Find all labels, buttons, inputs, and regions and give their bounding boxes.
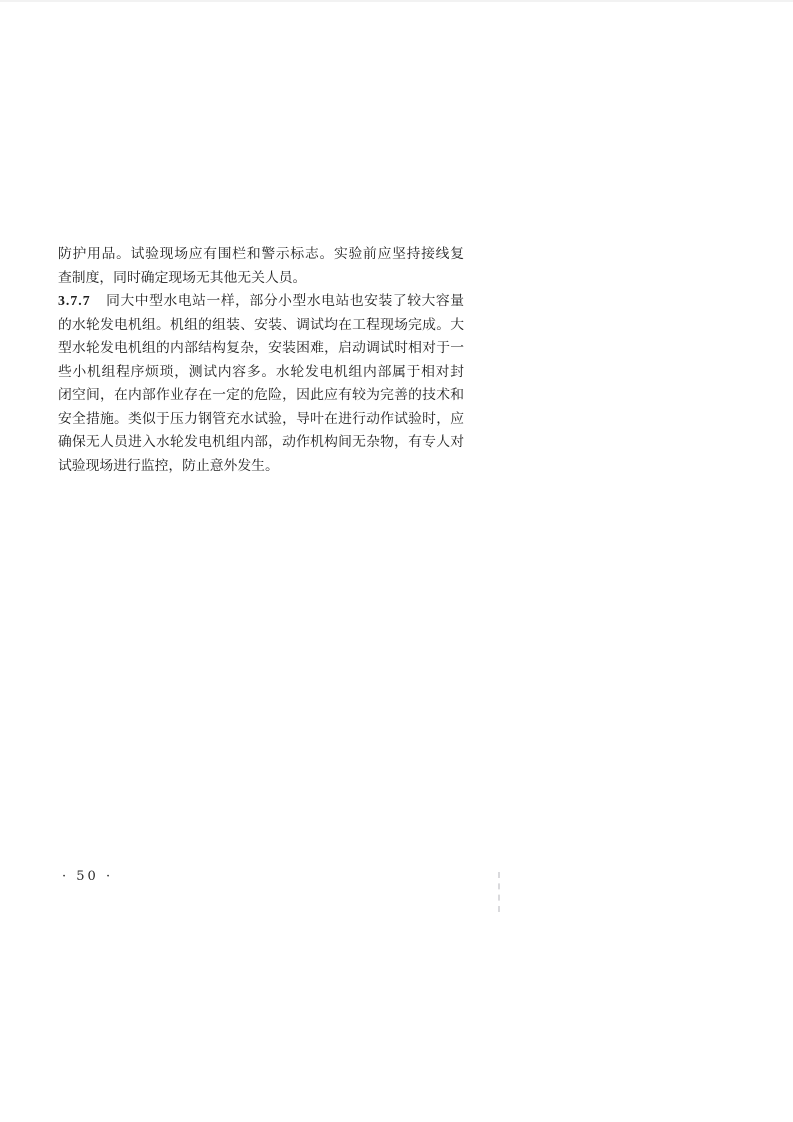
section-number: 3.7.7 [58, 293, 91, 308]
text-line: 试验现场进行监控，防止意外发生。 [58, 454, 464, 478]
text-line: 3.7.7同大中型水电站一样，部分小型水电站也安装了较大容量 [58, 289, 464, 313]
text-line: 的水轮发电机组。机组的组装、安装、调试均在工程现场完成。大 [58, 313, 464, 337]
text-line: 安全措施。类似于压力钢管充水试验，导叶在进行动作试验时，应 [58, 407, 464, 431]
scanned-document-page: 防护用品。试验现场应有围栏和警示标志。实验前应坚持接线复 查制度，同时确定现场无… [0, 0, 793, 1122]
text-line: 闭空间，在内部作业存在一定的危险，因此应有较为完善的技术和 [58, 383, 464, 407]
body-text-block: 防护用品。试验现场应有围栏和警示标志。实验前应坚持接线复 查制度，同时确定现场无… [58, 242, 464, 477]
page-number: · 50 · [62, 869, 113, 884]
text-line: 些小机组程序烦琐，测试内容多。水轮发电机组内部属于相对封 [58, 360, 464, 384]
text-line: 确保无人员进入水轮发电机组内部，动作机构间无杂物，有专人对 [58, 430, 464, 454]
scan-edge-artifact [0, 0, 793, 2]
scan-dotted-artifact [498, 872, 500, 912]
text-line: 防护用品。试验现场应有围栏和警示标志。实验前应坚持接线复 [58, 242, 464, 266]
section-first-line-text: 同大中型水电站一样，部分小型水电站也安装了较大容量 [106, 293, 464, 308]
text-line: 查制度，同时确定现场无其他无关人员。 [58, 266, 464, 290]
text-line: 型水轮发电机组的内部结构复杂，安装困难，启动调试时相对于一 [58, 336, 464, 360]
